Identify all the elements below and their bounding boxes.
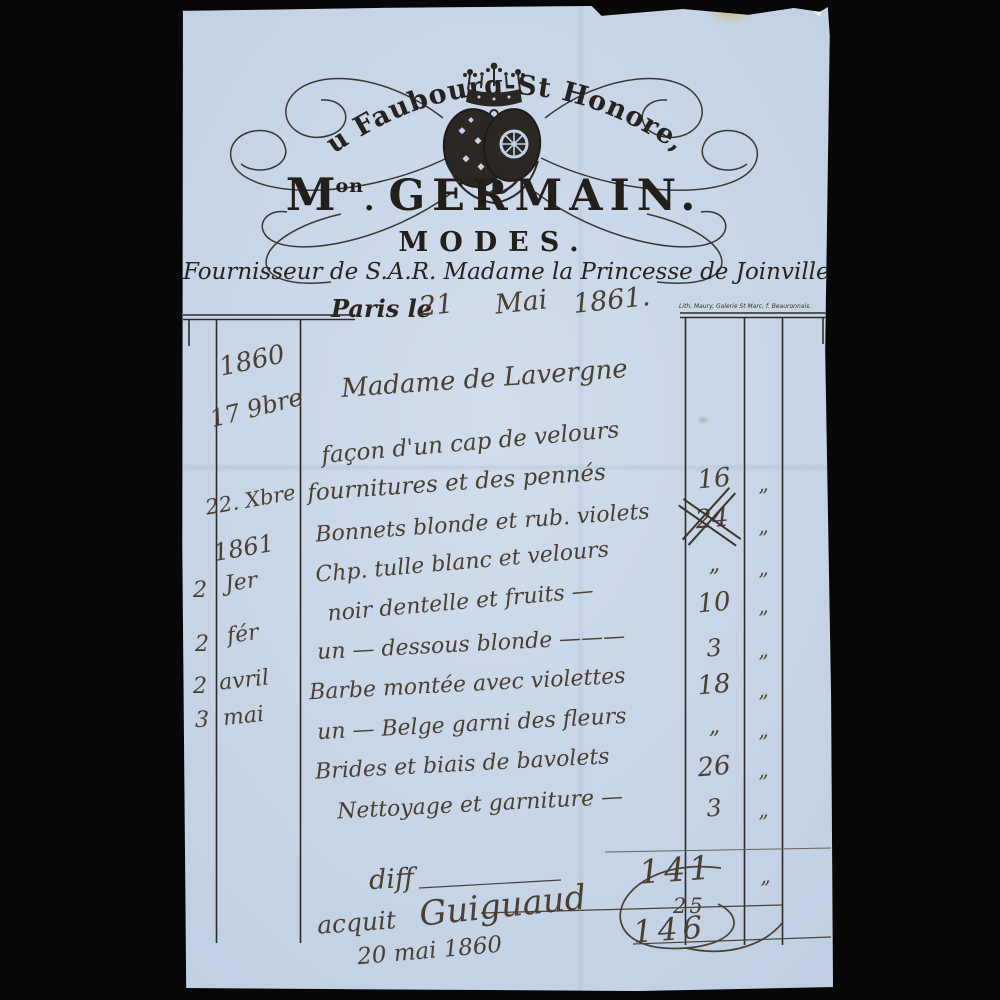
ledger-row-centimes: „ — [746, 555, 780, 582]
date-entry: 1861 — [211, 529, 276, 567]
ledger-row-francs: „ — [686, 550, 742, 580]
signature: Guiguaud — [417, 877, 588, 934]
date-entry: mai — [222, 702, 265, 731]
handwritten-day: 21 — [417, 288, 454, 322]
ledger-row-centimes: „ — [746, 471, 780, 498]
ledger-row-desc: un — dessous blonde ——— — [317, 624, 626, 665]
maison-name: GERMAIN. — [388, 171, 702, 221]
paper-chip — [808, 6, 823, 17]
handwritten-year: 1861. — [572, 281, 652, 320]
ledger-row-desc: noir dentelle et fruits — — [326, 578, 594, 626]
qty-entry: 2 — [195, 632, 209, 657]
qty-entry: 2 — [193, 674, 207, 699]
ledger-row-francs: „ — [686, 712, 742, 742]
date-entry: Jer — [223, 568, 259, 597]
date-entry: avril — [218, 665, 270, 695]
ledger-row-francs: 3 — [686, 632, 742, 665]
subtotal-centimes: „ — [748, 863, 782, 890]
ledger-row-centimes: „ — [746, 797, 780, 824]
subtotal-amount: 141 — [638, 847, 716, 891]
ledger-row-centimes: „ — [746, 677, 780, 704]
date-entry: 1860 — [217, 339, 288, 382]
ledger-row-centimes: „ — [746, 757, 780, 784]
maison-superscript: on — [336, 175, 365, 197]
ledger-row-desc: fournitures et des pennés — [306, 460, 606, 507]
ledger-row-centimes: „ — [746, 513, 780, 540]
date-entry: 17 9bre — [207, 383, 305, 433]
arc-address-text: Rue du Faubourg-St Honore, No 6. — [181, 6, 700, 164]
date-entry: fér — [225, 620, 260, 649]
ledger-row-francs-struck: 24 — [684, 502, 740, 537]
ledger-row-francs: 26 — [686, 750, 742, 785]
diff-note: diff — [368, 863, 415, 896]
ledger-row-francs: 16 — [686, 462, 742, 497]
ledger-row-desc: Brides et biais de bavolets — [315, 744, 611, 784]
maison-dot: . — [364, 183, 374, 218]
acquit-note: acquit — [316, 905, 397, 939]
supplier-line: Fournisseur de S.A.R. Madame la Princess… — [183, 259, 827, 285]
ledger-row-francs: 18 — [686, 668, 742, 703]
maison-prefix: M — [286, 168, 336, 221]
ledger-row-centimes: „ — [746, 717, 780, 744]
maison-title: Mon.GERMAIN. — [181, 168, 807, 221]
handwritten-month: Mai — [494, 284, 549, 320]
ledger-row-francs: 10 — [686, 586, 742, 621]
ledger-row-desc: Nettoyage et garniture — — [337, 785, 624, 825]
ledger-row-centimes: „ — [746, 637, 780, 664]
final-amount: 146 — [632, 909, 709, 950]
ledger-row-desc: Barbe montée avec violettes — [309, 664, 627, 706]
scan-background: Rue du Faubourg-St Honore, No 6. — [0, 0, 1000, 1000]
qty-entry: 3 — [195, 708, 209, 733]
acquit-date: 20 mai 1860 — [356, 932, 503, 971]
place-label: Paris le — [331, 294, 432, 323]
qty-entry: 2 — [193, 578, 207, 603]
ledger-row-francs: 3 — [686, 792, 742, 825]
ledger-row-desc: Madame de Lavergne — [340, 354, 628, 404]
paper-sheet: Rue du Faubourg-St Honore, No 6. — [181, 6, 833, 991]
date-entry: 22. Xbre — [204, 480, 298, 519]
printer-credit: Lith. Maury, Galerie St Marc, f. Beauron… — [679, 303, 829, 310]
ledger-row-desc: un — Belge garni des fleurs — [317, 704, 628, 745]
paper-chip — [181, 6, 190, 14]
modes-subtitle: MODES. — [181, 227, 807, 258]
ledger-row-centimes: „ — [746, 593, 780, 620]
